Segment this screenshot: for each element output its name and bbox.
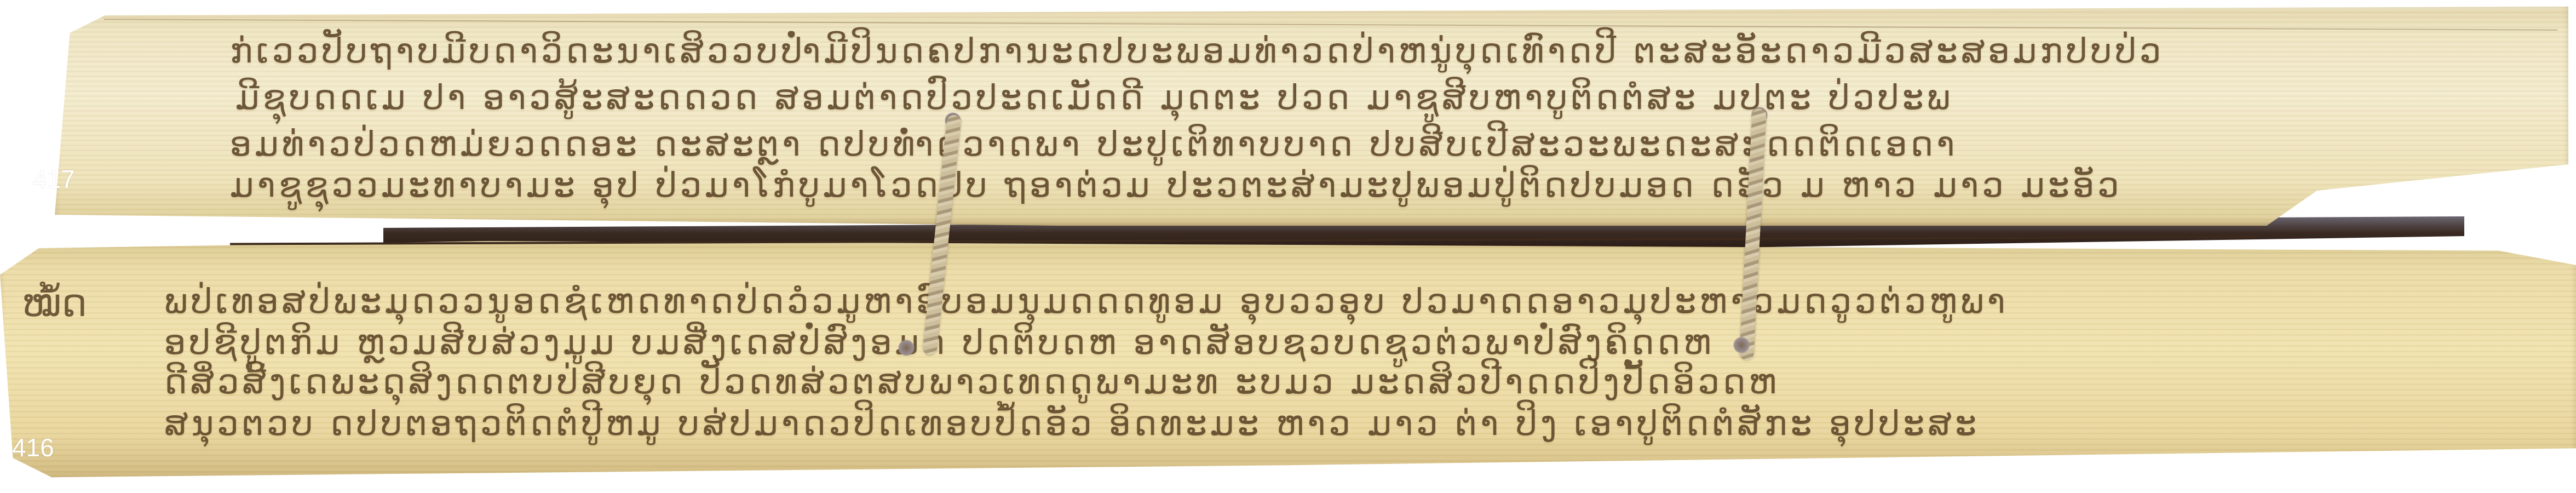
folio-416-line-4: ສນຸວຕວບ ດປບຕອຖວຕິດຕໍປູີຫມູ ບສ່ປມາດວປິດເທ…	[164, 404, 1980, 443]
folio-417-line-2: ມີຊຸບດດເມ ປາ ອາວສູ້ະສະດດວດ ສອມຕ່າດປົວປະດ…	[235, 78, 1953, 117]
folio-416-margin-mark: ໝໍ້ດ	[22, 280, 87, 325]
binding-hole-right-bottom	[1733, 337, 1750, 353]
folio-number-417: 417	[33, 164, 75, 194]
folio-417-line-4: ມາຊູຊຸວວມະທາບາມະ ອຸປ ປ່ວມາໂກໍບູມາໂວດປບ ຖ…	[230, 166, 2122, 204]
folio-417-line-3: ອມທ່າວປ່ວດຫມ່ຍວດດອະ ດະສະຕຼາ ດປບທ່ຳດວາດພາ…	[230, 125, 1958, 163]
folio-416-line-3: ດີສິ່ວສີ້ງເດພະດຸສິງດດຕບປ່ສີບຍຸດ ປັວດທສ່ວ…	[164, 363, 1780, 401]
binding-hole-left-bottom	[898, 340, 915, 356]
folio-416-line-2: ອປຊີປູຕກິມ ຫຼວມສີບສ່ວງມູມ ບມສີ່ງເດສປໍ່ສົ…	[164, 323, 1715, 362]
folio-number-416: 416	[12, 433, 54, 462]
folio-416-line-1: ພປ່ເທອສປ່ພະມຸດວວນູອດຊໍເຫດທາດປ່ດວໍວມູຫາອົ…	[164, 282, 2009, 320]
folio-417-line-1: ກ່ເວວປັບຖາບມີບດາວິດະນາເສິວວບປ່ຳມີປິນດຄປກ…	[230, 32, 2164, 70]
